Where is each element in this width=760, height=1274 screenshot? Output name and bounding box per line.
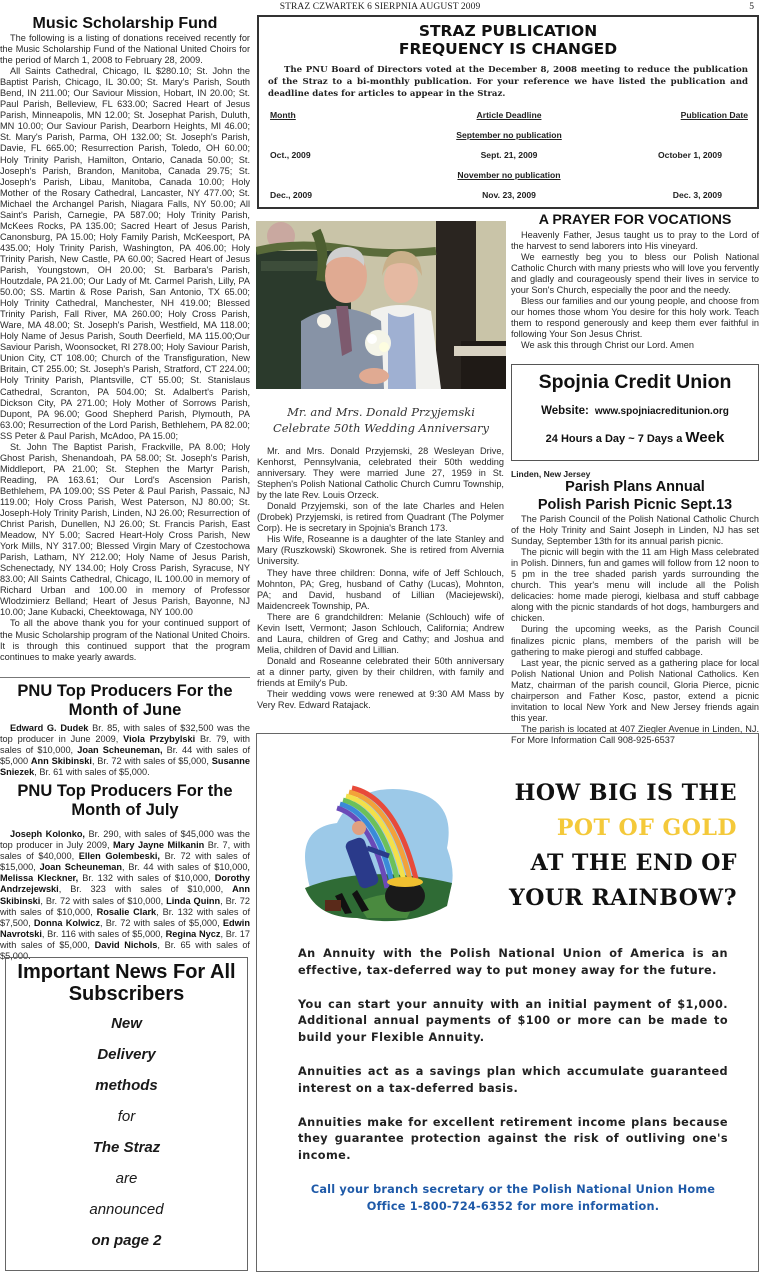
newspaper-header-title: STRAZ CZWARTEK 6 SIERPNIA AUGUST 2009 — [0, 2, 760, 12]
paragraph: They have three children: Donna, wife of… — [257, 568, 504, 612]
june-producers-title: PNU Top Producers For the Month of June — [0, 682, 250, 720]
june-producers-list: Edward G. Dudek Br. 85, with sales of $3… — [0, 723, 250, 778]
publication-date-cell: Dec. 3, 2009 — [673, 190, 722, 200]
producer-name: Ann Skibinski — [31, 756, 92, 766]
couple-photo-image — [256, 221, 506, 389]
paragraph: Their wedding vows were renewed at 9:30 … — [257, 689, 504, 711]
page-header: STRAZ CZWARTEK 6 SIERPNIA AUGUST 2009 5 — [0, 0, 760, 14]
news-line: on page 2 — [6, 1232, 247, 1249]
credit-union-title: Spojnia Credit Union — [512, 371, 758, 393]
paragraph: Bless our families and our young people,… — [511, 296, 759, 340]
paragraph: Donald Przyjemski, son of the late Charl… — [257, 501, 504, 534]
paragraph: All Saints Cathedral, Chicago, IL $280.1… — [0, 66, 250, 442]
producer-name: Mary Jayne Milkanin — [113, 840, 204, 850]
paragraph: Annuities make for excellent retirement … — [298, 1115, 728, 1165]
picnic-dateline: Linden, New Jersey — [511, 469, 759, 479]
publication-date-cell: October 1, 2009 — [658, 150, 722, 160]
producer-name: David Nichols — [95, 940, 158, 950]
publication-title: STRAZ PUBLICATION FREQUENCY IS CHANGED — [259, 22, 757, 58]
producer-name: Melissa Kleckner, — [0, 873, 78, 883]
july-producers-body: Joseph Kolonko, Br. 290, with sales of $… — [0, 829, 250, 962]
news-line: for — [6, 1108, 247, 1125]
column-divider — [0, 677, 250, 678]
credit-union-website: Website:www.spojniacreditunion.org — [512, 405, 758, 417]
paragraph: To all the above thank you for your cont… — [0, 618, 250, 662]
paragraph: The following is a listing of donations … — [0, 33, 250, 66]
producer-name: Joan Scheuneman, — [77, 745, 162, 755]
paragraph: We earnestly beg you to bless our Polish… — [511, 252, 759, 296]
column-header-publication-date: Publication Date — [681, 110, 748, 120]
prayer-body: Heavenly Father, Jesus taught us to pray… — [511, 230, 759, 352]
paragraph: During the upcoming weeks, as the Parish… — [511, 624, 759, 657]
producer-name: Joseph Kolonko, — [10, 829, 85, 839]
producer-name: Ellen Golembeski, — [79, 851, 160, 861]
paragraph: St. John The Baptist Parish, Frackville,… — [0, 442, 250, 619]
june-producers-body: Edward G. Dudek Br. 85, with sales of $3… — [0, 723, 250, 778]
music-scholarship-title: Music Scholarship Fund — [0, 14, 250, 33]
website-label: Website: — [541, 405, 589, 417]
producer-name: Linda Quinn — [166, 896, 220, 906]
no-publication-note: November no publication — [270, 170, 748, 180]
no-publication-note: September no publication — [270, 130, 748, 140]
paragraph: Mr. and Mrs. Donald Przyjemski, 28 Wesle… — [257, 446, 504, 501]
news-line: announced — [6, 1201, 247, 1218]
page-number: 5 — [749, 2, 754, 12]
annuity-call-to-action: Call your branch secretary or the Polish… — [298, 1182, 728, 1216]
july-producers-list: Joseph Kolonko, Br. 290, with sales of $… — [0, 829, 250, 962]
table-row: September no publication — [270, 130, 748, 150]
paragraph: You can start your annuity with an initi… — [298, 997, 728, 1047]
producer-name: Edward G. Dudek — [10, 723, 88, 733]
top-producers-section: PNU Top Producers For the Month of June … — [0, 682, 250, 966]
music-scholarship-article: Music Scholarship Fund The following is … — [0, 14, 250, 663]
news-line: are — [6, 1170, 247, 1187]
credit-union-ad: Spojnia Credit Union Website:www.spojnia… — [511, 364, 759, 461]
paragraph: Annuities act as a savings plan which ac… — [298, 1064, 728, 1098]
news-line: New — [6, 1015, 247, 1032]
paragraph: Donald and Roseanne celebrated their 50t… — [257, 656, 504, 689]
paragraph: The picnic will begin with the 11 am Hig… — [511, 547, 759, 624]
parish-picnic-article: Linden, New Jersey Parish Plans Annual P… — [511, 469, 759, 746]
subscriber-news-box: Important News For All Subscribers New D… — [5, 957, 248, 1271]
paragraph: Last year, the picnic served as a gather… — [511, 658, 759, 724]
website-link[interactable]: www.spojniacreditunion.org — [595, 406, 729, 417]
subscriber-news-title: Important News For All Subscribers — [6, 961, 247, 1005]
paragraph: An Annuity with the Polish National Unio… — [298, 946, 728, 980]
paragraph: The Parish Council of the Polish Nationa… — [511, 514, 759, 547]
table-row: November no publication — [270, 170, 748, 190]
july-producers-title: PNU Top Producers For the Month of July — [0, 782, 250, 820]
prayer-for-vocations-article: A PRAYER FOR VOCATIONS Heavenly Father, … — [511, 212, 759, 352]
table-row: Dec., 2009 Nov. 23, 2009 Dec. 3, 2009 — [270, 190, 748, 210]
anniversary-article-body: Mr. and Mrs. Donald Przyjemski, 28 Wesle… — [257, 446, 504, 711]
annuity-body: An Annuity with the Polish National Unio… — [298, 737, 728, 1216]
paragraph: We ask this through Christ our Lord. Ame… — [511, 340, 759, 351]
picnic-title: Parish Plans Annual Polish Parish Picnic… — [511, 479, 759, 514]
producer-name: Regina Nycz — [166, 929, 221, 939]
picnic-body: The Parish Council of the Polish Nationa… — [511, 514, 759, 746]
news-line: methods — [6, 1077, 247, 1094]
paragraph: Heavenly Father, Jesus taught us to pray… — [511, 230, 759, 252]
producer-name: Donna Kolwicz — [34, 918, 100, 928]
prayer-title: A PRAYER FOR VOCATIONS — [511, 212, 759, 229]
publication-schedule-table: Month Article Deadline Publication Date … — [270, 110, 748, 210]
table-header-row: Month Article Deadline Publication Date — [270, 110, 748, 130]
anniversary-photo — [256, 221, 506, 389]
producer-name: Joan Scheuneman — [40, 862, 122, 872]
music-scholarship-body: The following is a listing of donations … — [0, 33, 250, 663]
news-line: The Straz — [6, 1139, 247, 1156]
annuity-advertisement: HOW BIG IS THE POT OF GOLD AT THE END OF… — [256, 733, 759, 1272]
publication-intro: The PNU Board of Directors voted at the … — [259, 58, 757, 100]
anniversary-caption: Mr. and Mrs. Donald Przyjemski Celebrate… — [256, 404, 506, 436]
news-line: Delivery — [6, 1046, 247, 1063]
column-header-deadline: Article Deadline — [270, 110, 748, 120]
paragraph: There are 6 grandchildren: Melanie (Schl… — [257, 612, 504, 656]
paragraph: His Wife, Roseanne is a daughter of the … — [257, 534, 504, 567]
producer-name: Viola Przybylski — [123, 734, 195, 744]
producer-name: Rosalie Clark — [97, 907, 157, 917]
publication-frequency-box: STRAZ PUBLICATION FREQUENCY IS CHANGED T… — [257, 15, 759, 209]
credit-union-hours: 24 Hours a Day ~ 7 Days a Week — [512, 429, 758, 446]
table-row: Oct., 2009 Sept. 21, 2009 October 1, 200… — [270, 150, 748, 170]
